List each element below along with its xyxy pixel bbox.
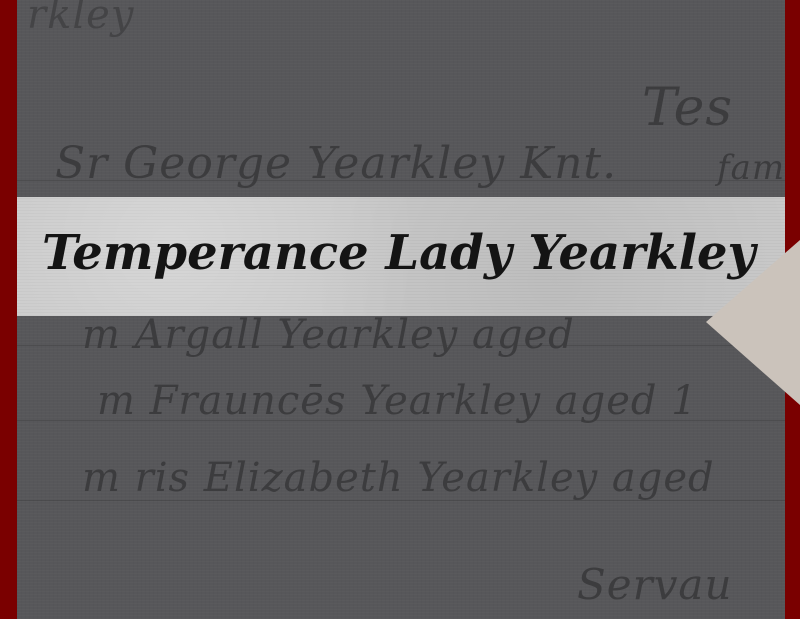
handwriting-line-5: m ris Elizabeth Yearkley aged [82, 455, 715, 501]
red-border-left [0, 0, 17, 619]
manuscript-scan: rkley Tes Sr George Yearkley Knt. fam Te… [17, 0, 785, 619]
handwriting-line-1-trailing: fam [717, 148, 785, 188]
image-frame: rkley Tes Sr George Yearkley Knt. fam Te… [0, 0, 800, 619]
handwriting-line-3: m Argall Yearkley aged [82, 312, 575, 358]
handwriting-line-1: Sr George Yearkley Knt. [55, 138, 617, 189]
pointer-arrow-icon [706, 240, 800, 405]
highlight-band: Temperance Lady Yearkley [17, 197, 785, 316]
highlighted-name: Temperance Lady Yearkley [42, 225, 755, 281]
handwriting-line-4: m Frauncēs Yearkley aged 1 [97, 378, 698, 424]
handwriting-line-6: Servau [577, 560, 733, 609]
handwriting-marginal-note: Tes [642, 78, 733, 138]
handwriting-top-fragment: rkley [27, 0, 134, 38]
